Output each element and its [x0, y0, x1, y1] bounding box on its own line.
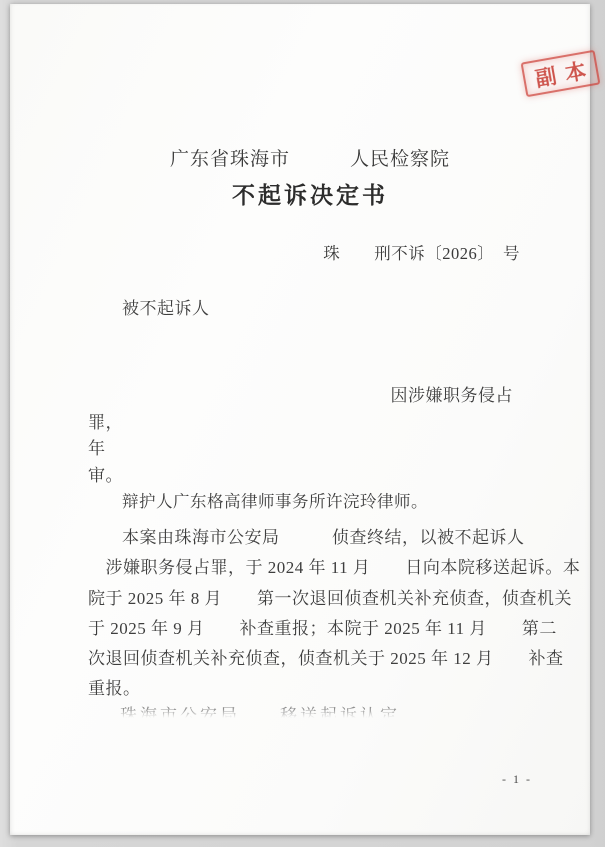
doc-line: 重报。 [88, 678, 513, 699]
doc-line: 院于 2025 年 8 月 第一次退回侦查机关补充侦查，侦查机关 [88, 588, 513, 609]
doc-line: 年 [88, 438, 513, 459]
doc-line: 次退回侦查机关补充侦查，侦查机关于 2025 年 12 月 补查 [88, 648, 513, 669]
doc-line-defender: 辩护人广东格高律师事务所许浣玲律师。 [88, 492, 513, 513]
doc-line-faded: 珠海市公安局 移送起诉认定 [88, 705, 513, 718]
doc-line: 于 2025 年 9 月 补查重报；本院于 2025 年 11 月 第二 [88, 618, 513, 639]
page-number: - 1 - [502, 772, 532, 787]
header-organization: 广东省珠海市 人民检察院 [20, 148, 600, 172]
doc-line: 涉嫌职务侵占罪，于 2024 年 11 月 日向本院移送起诉。本 [88, 557, 513, 578]
doc-line: 审。 [88, 465, 513, 486]
document-page: 广东省珠海市 人民检察院 不起诉决定书 珠 刑不诉〔2026〕 号 被不起诉人 … [10, 4, 590, 835]
doc-line-suspected-crime: 因涉嫌职务侵占 [88, 385, 513, 406]
case-number: 珠 刑不诉〔2026〕 号 [323, 244, 520, 265]
copy-stamp-label: 副本 [533, 53, 597, 93]
document-title: 不起诉决定书 [20, 182, 600, 211]
doc-line-case-origin: 本案由珠海市公安局 侦查终结，以被不起诉人 [88, 527, 513, 548]
doc-line-defendant-label: 被不起诉人 [88, 298, 513, 319]
doc-line: 罪， [88, 412, 513, 433]
copy-stamp: 副本 [521, 50, 601, 97]
scan-background: 广东省珠海市 人民检察院 不起诉决定书 珠 刑不诉〔2026〕 号 被不起诉人 … [0, 0, 605, 847]
